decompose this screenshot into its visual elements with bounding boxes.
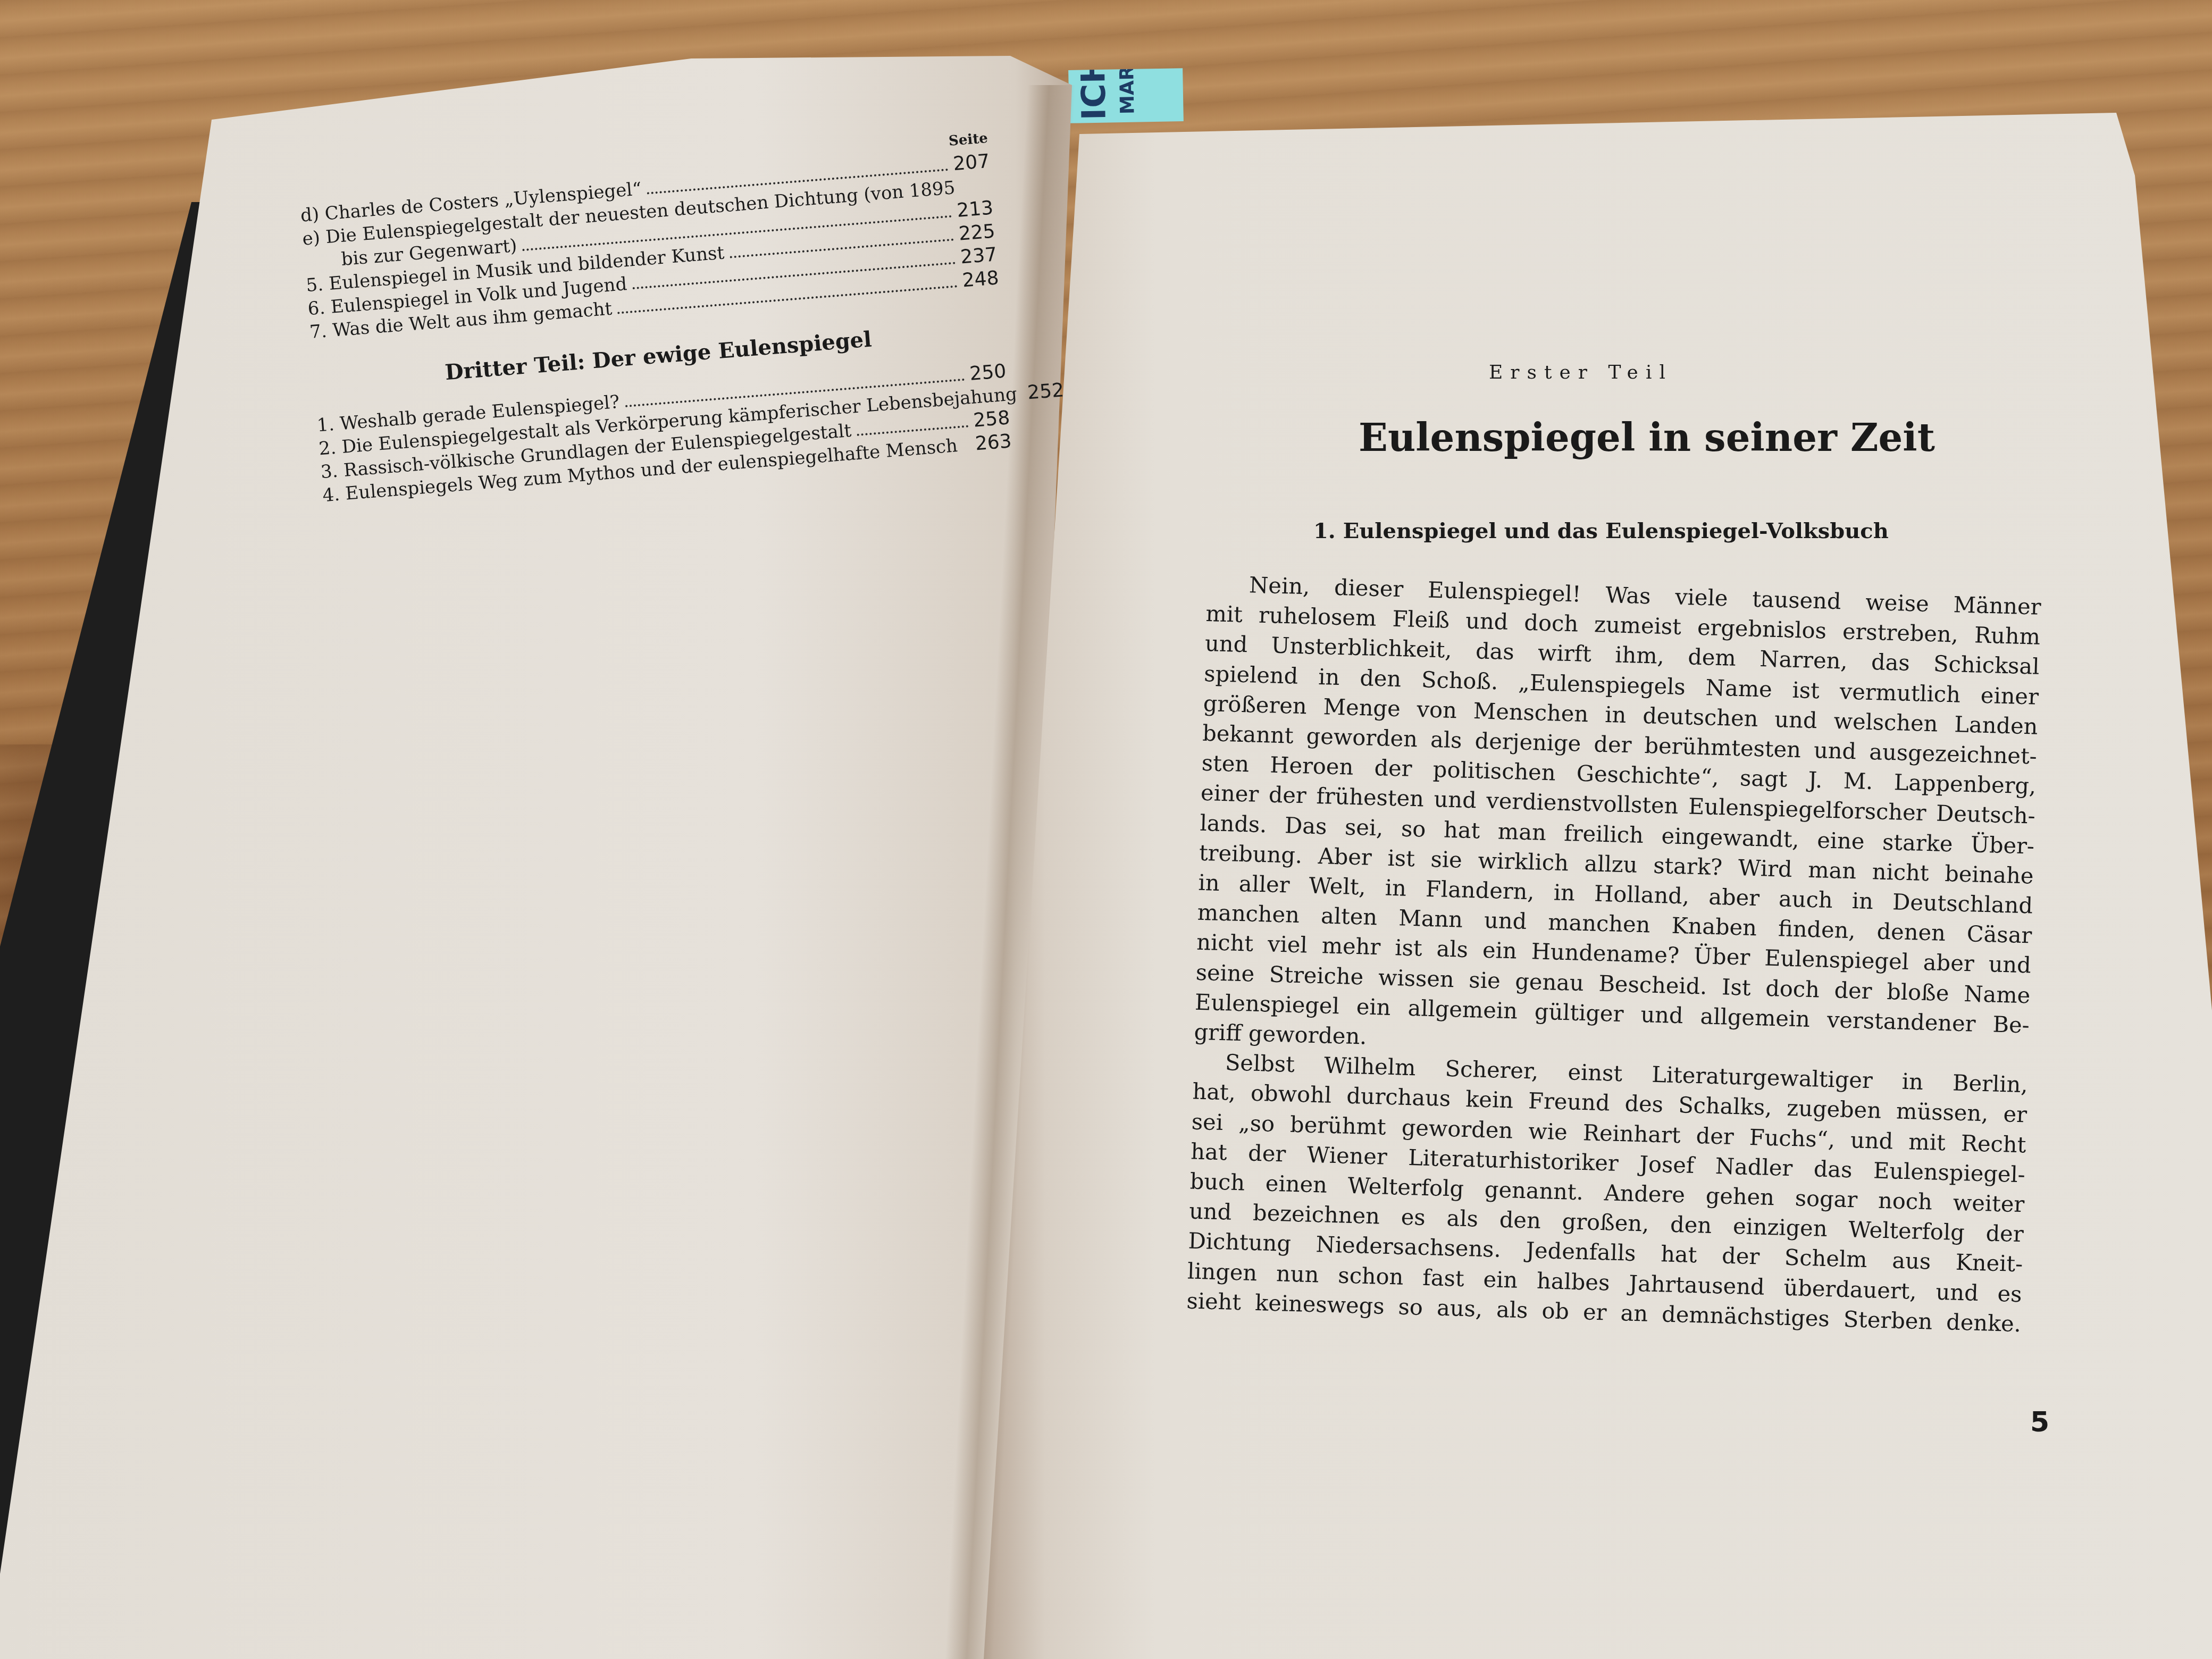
table-of-contents: Seite d) Charles de Costers „Uylenspiege…	[298, 127, 1012, 507]
body-text: Nein, dieser Eulenspiegel! Was viele tau…	[1186, 569, 2042, 1339]
toc-entry-page: 207	[952, 150, 991, 176]
toc-entry-page: 225	[958, 220, 996, 246]
paragraph-1: Nein, dieser Eulenspiegel! Was viele tau…	[1194, 569, 2041, 1070]
toc-entry-page: 258	[973, 406, 1011, 432]
toc-entry-page: 263	[974, 430, 1012, 456]
toc-entry-page: 213	[956, 197, 994, 223]
toc-entry-page: 252	[1027, 379, 1065, 405]
bookmark-text-small: MARIE	[1116, 68, 1138, 114]
toc-entry-page: 237	[960, 243, 998, 269]
bookmark-text-large: ICH	[1074, 68, 1113, 121]
chapter-title: Eulenspiegel in seiner Zeit	[1359, 415, 1935, 460]
paragraph-2: Selbst Wilhelm Scherer, einst Literaturg…	[1186, 1047, 2029, 1339]
bookmark-slip: ICH MARIE	[1068, 68, 1184, 123]
toc-entry-page: 248	[961, 266, 1000, 292]
section-heading: 1. Eulenspiegel und das Eulenspiegel-Vol…	[1313, 518, 1889, 543]
part-label: Erster Teil	[1489, 362, 1673, 383]
page-number: 5	[2030, 1406, 2049, 1438]
toc-leader-dots	[963, 450, 970, 451]
toc-entry-page: 250	[969, 360, 1007, 386]
